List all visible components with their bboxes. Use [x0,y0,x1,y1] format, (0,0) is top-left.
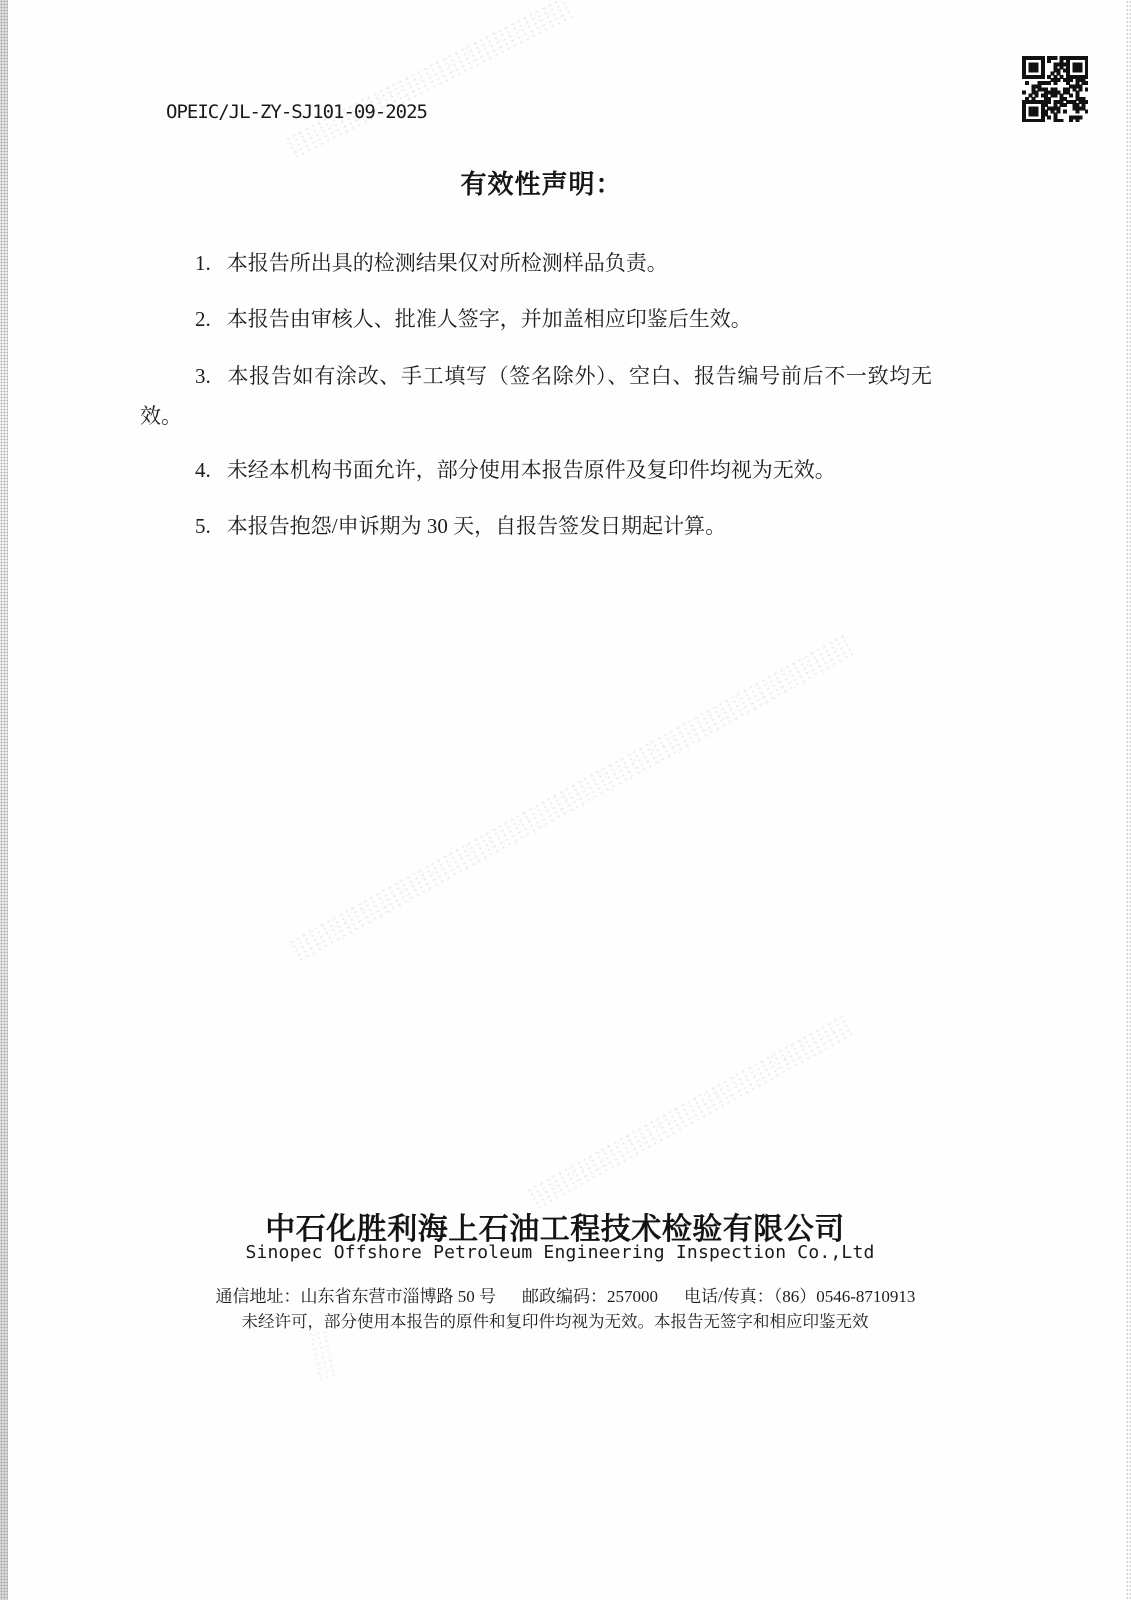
contact-address: 通信地址：山东省东营市淄博路 50 号 [216,1282,497,1307]
statement-text: 本报告抱怨/申诉期为 30 天，自报告签发日期起计算。 [227,514,726,538]
qr-code-icon [1022,56,1088,122]
contact-postal-code: 邮政编码：257000 [522,1282,658,1307]
statement-item-1: 1.本报告所出具的检测结果仅对所检测样品负责。 [140,243,932,283]
statement-number: 3. [195,364,211,388]
contact-info-row: 通信地址：山东省东营市淄博路 50 号 邮政编码：257000 电话/传真：（8… [0,1282,1131,1307]
watermark-artifact [284,0,573,160]
statement-text: 本报告所出具的检测结果仅对所检测样品负责。 [227,251,668,275]
statement-number: 1. [195,251,211,275]
scanned-report-page: OPEIC/JL-ZY-SJ101-09-2025 有效性声明： 1.本报告所出… [0,0,1131,1600]
watermark-artifact [287,634,854,964]
statement-number: 5. [195,514,211,538]
contact-phone-fax: 电话/传真：（86）0546-8710913 [684,1282,915,1307]
company-name-english: Sinopec Offshore Petroleum Engineering I… [0,1242,1120,1263]
statement-item-2: 2.本报告由审核人、批准人签字，并加盖相应印鉴后生效。 [140,299,932,339]
statement-text: 本报告如有涂改、手工填写（签名除外）、空白、报告编号前后不一致均无效。 [140,364,932,428]
scan-edge-artifact-left [0,0,8,1600]
statement-item-3: 3.本报告如有涂改、手工填写（签名除外）、空白、报告编号前后不一致均无效。 [140,356,932,436]
statement-number: 2. [195,307,211,331]
statement-item-5: 5.本报告抱怨/申诉期为 30 天，自报告签发日期起计算。 [140,506,932,546]
statement-number: 4. [195,458,211,482]
statement-text: 未经本机构书面允许，部分使用本报告原件及复印件均视为无效。 [227,458,836,482]
document-code: OPEIC/JL-ZY-SJ101-09-2025 [166,101,427,123]
watermark-artifact [525,1013,855,1210]
page-title: 有效性声明： [0,164,1131,201]
footer-disclaimer: 未经许可，部分使用本报告的原件和复印件均视为无效。本报告无签字和相应印鉴无效 [0,1308,1110,1332]
watermark-artifact [307,1328,338,1380]
statement-item-4: 4.未经本机构书面允许，部分使用本报告原件及复印件均视为无效。 [140,450,932,490]
statement-text: 本报告由审核人、批准人签字，并加盖相应印鉴后生效。 [227,307,752,331]
scan-edge-artifact-right [1126,0,1131,1600]
